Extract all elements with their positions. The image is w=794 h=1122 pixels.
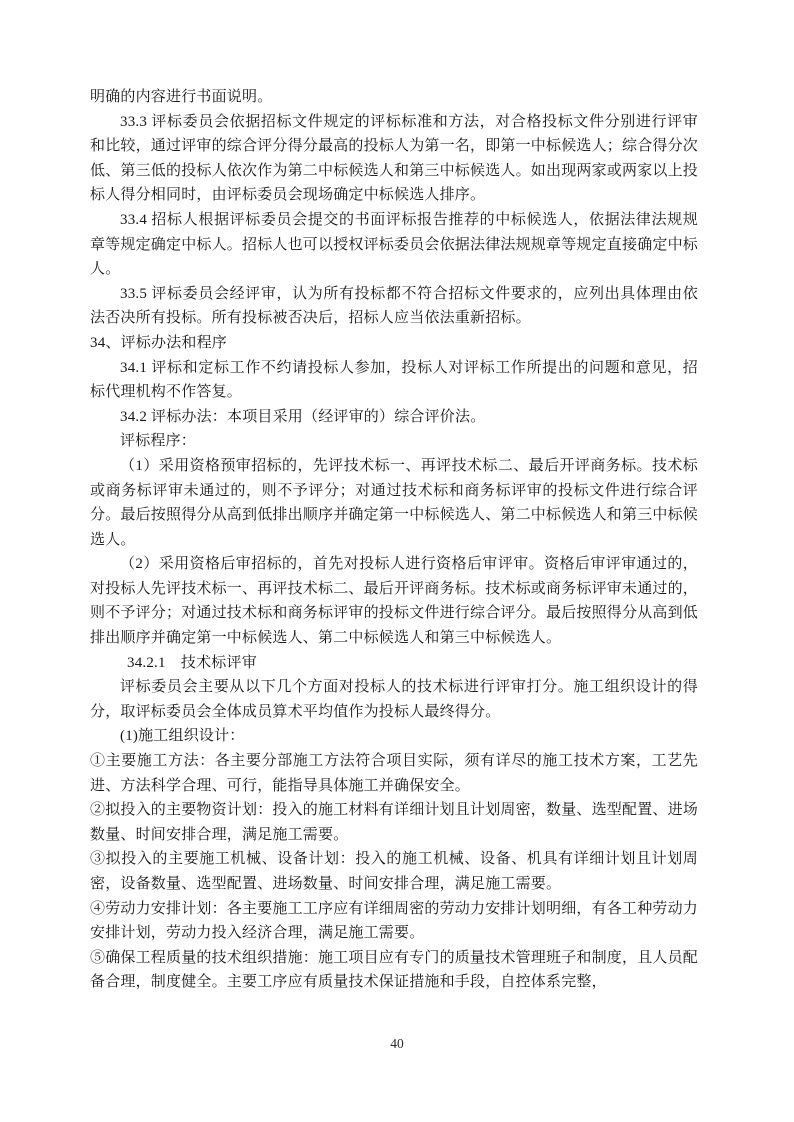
item-circle-3-machinery-plan: ③拟投入的主要施工机械、设备计划：投入的施工机械、设备、机具有详细计划且计划周密… [90, 847, 698, 896]
item-prequalification-procedure: （1）采用资格预审招标的，先评技术标一、再评技术标二、最后开评商务标。技术标或商… [90, 454, 698, 552]
item-circle-4-labor-plan: ④劳动力安排计划：各主要施工工序应有详细周密的劳动力安排计划明细，有各工种劳动力… [90, 897, 698, 946]
clause-33-3: 33.3 评标委员会依据招标文件规定的评标标准和方法，对合格投标文件分别进行评审… [90, 110, 698, 208]
item-circle-1-construction-methods: ①主要施工方法：各主要分部施工方法符合项目实际，须有详尽的施工技术方案，工艺先进… [90, 749, 698, 798]
item-circle-2-material-plan: ②拟投入的主要物资计划：投入的施工材料有详细计划且计划周密，数量、选型配置、进场… [90, 798, 698, 847]
document-page: 明确的内容进行书面说明。 33.3 评标委员会依据招标文件规定的评标标准和方法，… [0, 0, 794, 1122]
item-circle-5-quality-measures: ⑤确保工程质量的技术组织措施：施工项目应有专门的质量技术管理班子和制度，且人员配… [90, 946, 698, 995]
clause-33-5: 33.5 评标委员会经评审，认为所有投标都不符合招标文件要求的，应列出具体理由依… [90, 282, 698, 331]
heading-34-evaluation-method: 34、评标办法和程序 [90, 331, 698, 356]
page-number: 40 [0, 1036, 794, 1052]
clause-33-4: 33.4 招标人根据评标委员会提交的书面评标报告推荐的中标候选人，依据法律法规规… [90, 208, 698, 282]
label-evaluation-procedure: 评标程序： [90, 429, 698, 454]
paragraph-continuation: 明确的内容进行书面说明。 [90, 85, 698, 110]
paragraph-technical-review-intro: 评标委员会主要从以下几个方面对投标人的技术标进行评审打分。施工组织设计的得分，取… [90, 675, 698, 724]
heading-34-2-1-technical-review: 34.2.1 技术标评审 [90, 651, 698, 676]
document-body: 明确的内容进行书面说明。 33.3 评标委员会依据招标文件规定的评标标准和方法，… [90, 85, 698, 995]
item-postqualification-procedure: （2）采用资格后审招标的，首先对投标人进行资格后审评审。资格后审评审通过的，对投… [90, 552, 698, 650]
clause-34-1: 34.1 评标和定标工作不约请投标人参加，投标人对评标工作所提出的问题和意见，招… [90, 356, 698, 405]
clause-34-2: 34.2 评标办法：本项目采用（经评审的）综合评价法。 [90, 405, 698, 430]
label-construction-org-design: (1)施工组织设计： [90, 724, 698, 749]
